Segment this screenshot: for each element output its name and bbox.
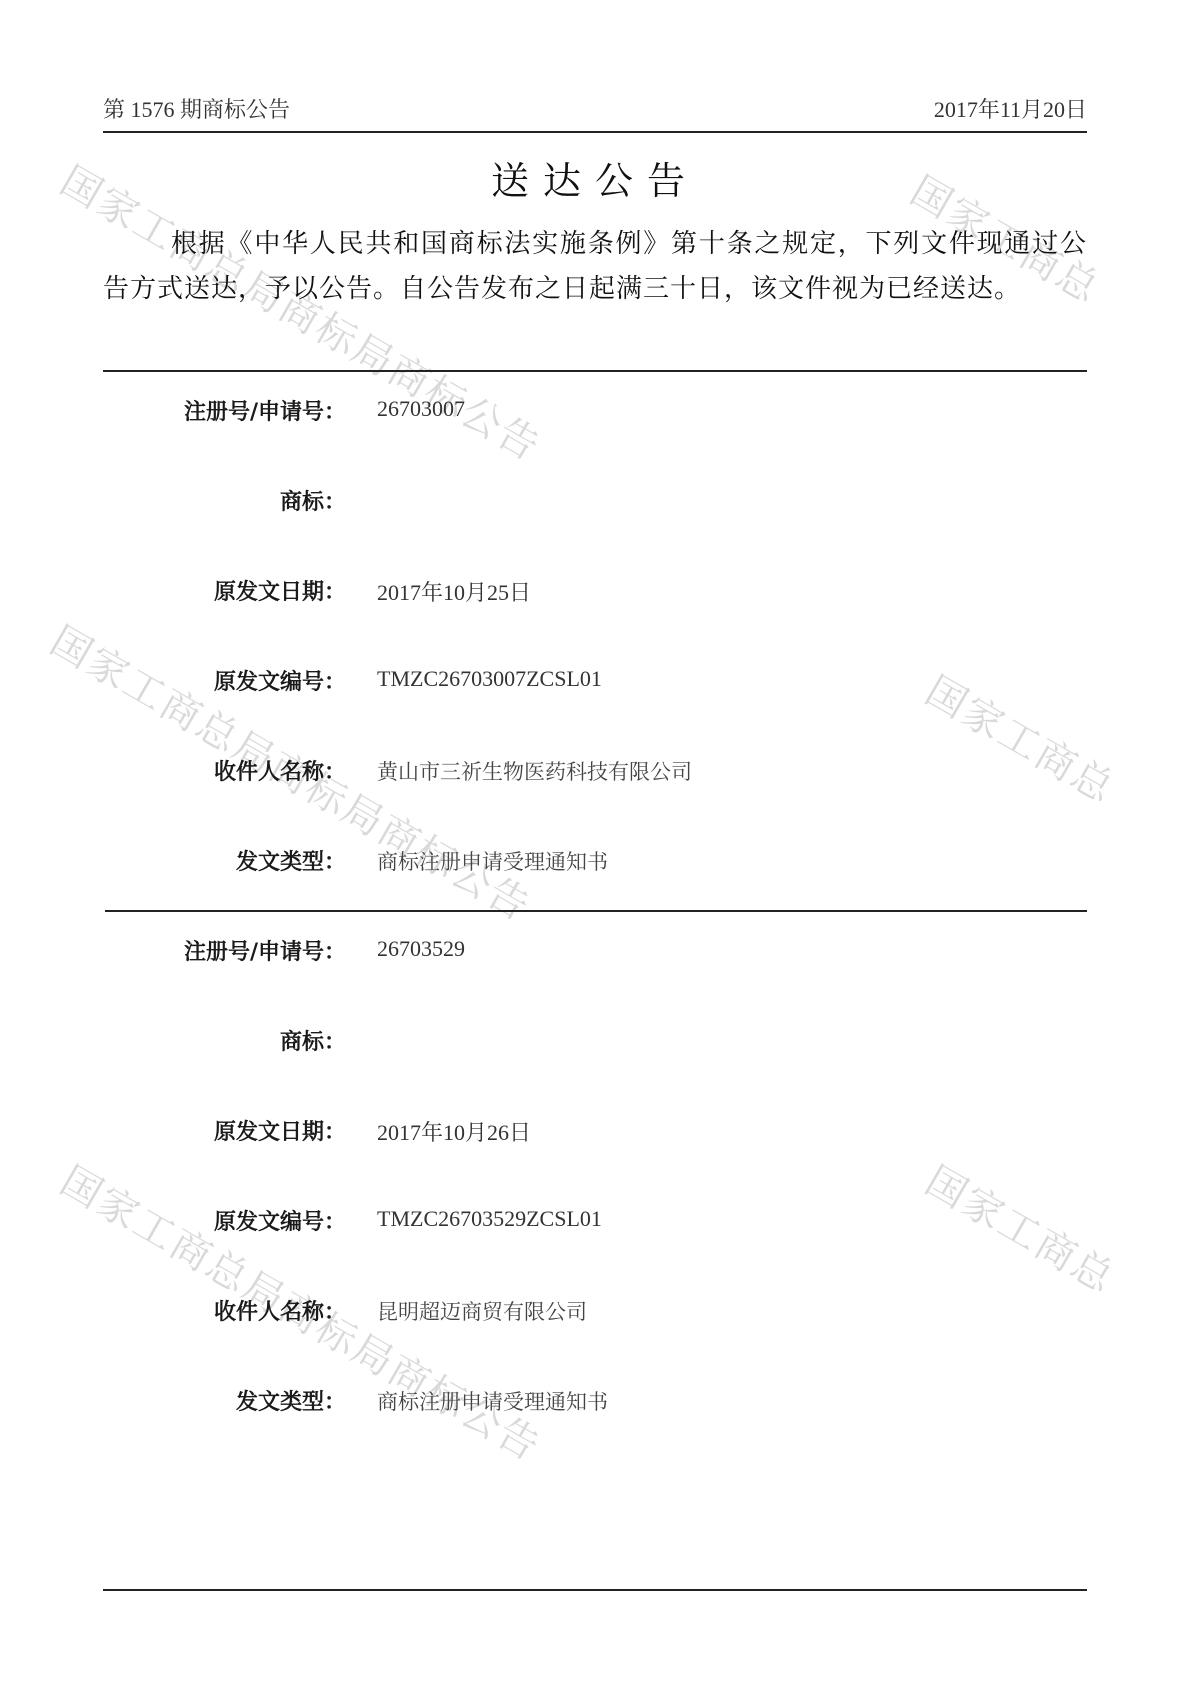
field-recipient: 收件人名称： 昆明超迈商贸有限公司 bbox=[0, 1295, 1190, 1329]
intro-paragraph: 根据《中华人民共和国商标法实施条例》第十条之规定，下列文件现通过公告方式送达，予… bbox=[103, 222, 1087, 312]
orig-doc-no-value: TMZC26703007ZCSL01 bbox=[377, 666, 602, 692]
header-divider bbox=[103, 131, 1087, 133]
field-label: 收件人名称： bbox=[214, 1295, 346, 1326]
recipient-value: 黄山市三祈生物医药科技有限公司 bbox=[377, 756, 692, 786]
field-label: 发文类型： bbox=[236, 845, 346, 876]
issue-date: 2017年11月20日 bbox=[934, 93, 1087, 124]
footer-divider bbox=[103, 1589, 1087, 1591]
field-recipient: 收件人名称： 黄山市三祈生物医药科技有限公司 bbox=[0, 755, 1190, 789]
field-orig-date: 原发文日期： 2017年10月25日 bbox=[0, 575, 1190, 609]
field-label: 原发文编号： bbox=[214, 1205, 346, 1236]
announcement-page: 国家工商总局商标局商标公告 国家工商总 国家工商总局商标局商标公告 国家工商总 … bbox=[0, 0, 1190, 1684]
page-title: 送达公告 bbox=[0, 150, 1190, 205]
field-reg-no: 注册号/申请号： 26703007 bbox=[0, 395, 1190, 429]
field-orig-doc-no: 原发文编号： TMZC26703007ZCSL01 bbox=[0, 665, 1190, 699]
doc-type-value: 商标注册申请受理通知书 bbox=[377, 846, 608, 876]
field-label: 商标： bbox=[280, 485, 346, 516]
page-header: 第 1576 期商标公告 2017年11月20日 bbox=[103, 92, 1087, 124]
field-trademark: 商标： bbox=[0, 1025, 1190, 1059]
field-label: 注册号/申请号： bbox=[184, 395, 346, 426]
field-reg-no: 注册号/申请号： 26703529 bbox=[0, 935, 1190, 969]
orig-date-value: 2017年10月25日 bbox=[377, 576, 531, 607]
orig-doc-no-value: TMZC26703529ZCSL01 bbox=[377, 1206, 602, 1232]
field-label: 原发文日期： bbox=[214, 1115, 346, 1146]
field-label: 发文类型： bbox=[236, 1385, 346, 1416]
field-orig-date: 原发文日期： 2017年10月26日 bbox=[0, 1115, 1190, 1149]
field-label: 商标： bbox=[280, 1025, 346, 1056]
doc-type-value: 商标注册申请受理通知书 bbox=[377, 1386, 608, 1416]
issue-number: 第 1576 期商标公告 bbox=[103, 93, 290, 124]
field-label: 收件人名称： bbox=[214, 755, 346, 786]
field-trademark: 商标： bbox=[0, 485, 1190, 519]
reg-no-value: 26703529 bbox=[377, 936, 465, 962]
field-label: 原发文日期： bbox=[214, 575, 346, 606]
intro-divider bbox=[103, 370, 1087, 372]
field-label: 注册号/申请号： bbox=[184, 935, 346, 966]
field-doc-type: 发文类型： 商标注册申请受理通知书 bbox=[0, 1385, 1190, 1419]
field-doc-type: 发文类型： 商标注册申请受理通知书 bbox=[0, 845, 1190, 879]
field-orig-doc-no: 原发文编号： TMZC26703529ZCSL01 bbox=[0, 1205, 1190, 1239]
reg-no-value: 26703007 bbox=[377, 396, 465, 422]
orig-date-value: 2017年10月26日 bbox=[377, 1116, 531, 1147]
recipient-value: 昆明超迈商贸有限公司 bbox=[377, 1296, 587, 1326]
record-divider bbox=[105, 910, 1087, 912]
field-label: 原发文编号： bbox=[214, 665, 346, 696]
